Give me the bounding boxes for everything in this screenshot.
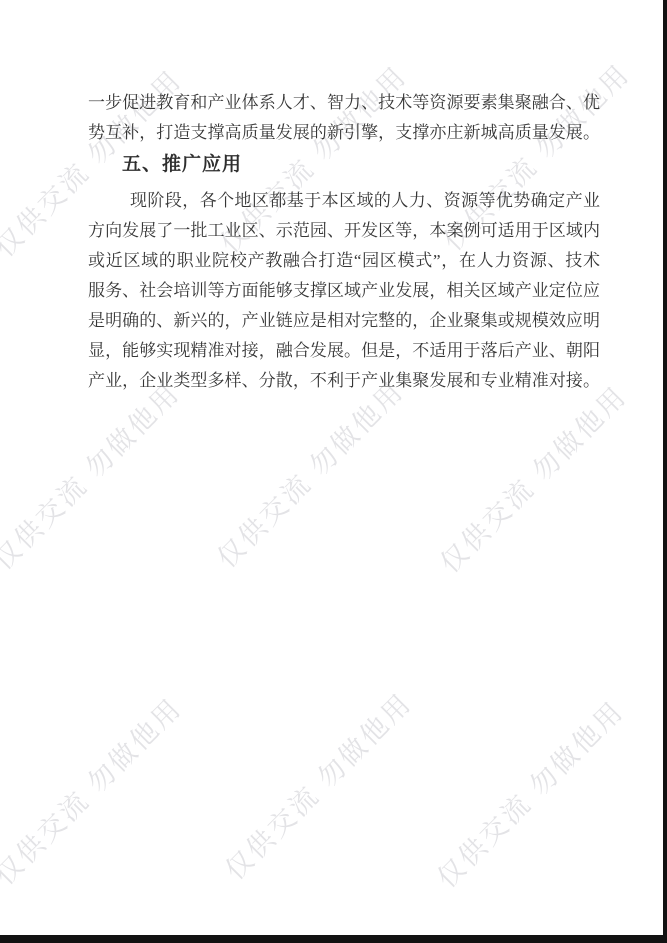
- watermark-text: 仅供交流 勿做他用: [212, 376, 409, 573]
- paragraph-line: 显，能够实现精准对接，融合发展。但是，不适用于落后产业、朝阳: [88, 336, 600, 366]
- section-heading: 五、推广应用: [88, 150, 600, 180]
- paragraph-line: 势互补，打造支撑高质量发展的新引擎，支撑亦庄新城高质量发展。: [88, 118, 600, 148]
- document-page: 仅供交流 勿做他用 仅供交流 勿做他用 仅供交流 勿做他用 仅供交流 勿做他用 …: [0, 0, 667, 943]
- document-body: 一步促进教育和产业体系人才、智力、技术等资源要素集聚融合、优 势互补，打造支撑高…: [88, 88, 600, 396]
- paragraph-line: 方向发展了一批工业区、示范园、开发区等，本案例可适用于区域内: [88, 216, 600, 246]
- paragraph-line: 服务、社会培训等方面能够支撑区域产业发展，相关区域产业定位应: [88, 276, 600, 306]
- paragraph-line: 或近区域的职业院校产教融合打造“园区模式”，在人力资源、技术: [88, 246, 600, 276]
- paragraph-line: 是明确的、新兴的，产业链应是相对完整的，企业聚集或规模效应明: [88, 306, 600, 336]
- paragraph-line: 产业，企业类型多样、分散，不利于产业集聚发展和专业精准对接。: [88, 366, 600, 396]
- body-paragraph: 现阶段，各个地区都基于本区域的人力、资源等优势确定产业 方向发展了一批工业区、示…: [88, 186, 600, 396]
- watermark-text: 仅供交流 勿做他用: [432, 696, 629, 893]
- watermark-text: 仅供交流 勿做他用: [0, 378, 185, 575]
- watermark-text: 仅供交流 勿做他用: [435, 381, 632, 578]
- watermark-text: 仅供交流 勿做他用: [0, 693, 187, 890]
- page-edge-right: [663, 0, 667, 943]
- page-edge-bottom: [0, 935, 667, 943]
- paragraph-line: 一步促进教育和产业体系人才、智力、技术等资源要素集聚融合、优: [88, 88, 600, 118]
- intro-paragraph: 一步促进教育和产业体系人才、智力、技术等资源要素集聚融合、优 势互补，打造支撑高…: [88, 88, 600, 148]
- paragraph-line: 现阶段，各个地区都基于本区域的人力、资源等优势确定产业: [88, 186, 600, 216]
- watermark-text: 仅供交流 勿做他用: [220, 688, 417, 885]
